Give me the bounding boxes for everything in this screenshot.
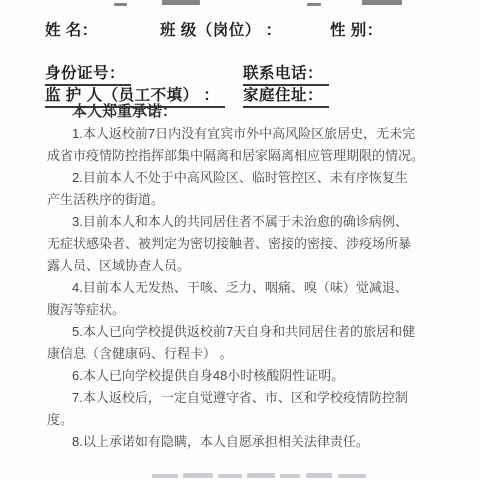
pledge-section: 本人郑重承诺： 1.本人返校前7日内没有宜宾市外中高风险区旅居史，无未完 成省市… xyxy=(47,101,477,453)
top-cutoff-fragment xyxy=(362,0,402,5)
pledge-heading: 本人郑重承诺： xyxy=(47,101,477,123)
bottom-cutoff-fragment xyxy=(152,474,178,478)
field-label-gender: 性 别： xyxy=(330,22,383,40)
bottom-cutoff-fragment xyxy=(183,473,213,478)
bottom-cutoff-fragment xyxy=(338,474,366,478)
pledge-item-8: 8.以上承诺如有隐瞒，本人自愿承担相关法律责任。 xyxy=(47,431,477,453)
top-cutoff-fragment xyxy=(307,3,321,6)
pledge-item-3: 3.目前本人和本人的共同居住者不属于未治愈的确诊病例、 无症状感染者、被判定为密… xyxy=(47,211,477,277)
bottom-cutoff-fragment xyxy=(247,473,275,478)
field-label-phone: 联系电话： xyxy=(243,65,329,86)
bottom-cutoff-fragment xyxy=(306,473,332,478)
field-label-id-number: 身份证号： xyxy=(45,65,131,86)
bottom-cutoff-fragment xyxy=(218,474,242,478)
bottom-cutoff-fragment xyxy=(280,474,300,478)
pledge-item-2: 2.目前本人不处于中高风险区、临时管控区、未有序恢复生 产生活秩序的街道。 xyxy=(47,167,477,211)
pledge-item-5: 5.本人已向学校提供返校前7天自身和共同居住者的旅居和健 康信息（含健康码、行程… xyxy=(47,321,477,365)
pledge-item-7: 7.本人返校后，一定自觉遵守省、市、区和学校疫情防控制 度。 xyxy=(47,387,477,431)
top-cutoff-fragment xyxy=(162,0,200,5)
pledge-item-4: 4.目前本人无发热、干咳、乏力、咽痛、嗅（味）觉减退、 腹泻等症状。 xyxy=(47,277,477,321)
top-cutoff-fragment xyxy=(114,3,127,6)
field-label-name: 姓 名： xyxy=(45,22,98,40)
field-label-class-position: 班 级（岗位） ： xyxy=(160,22,282,40)
commitment-form-document: 姓 名： 班 级（岗位） ： 性 别： 身份证号： 联系电话： 监 护 人（员工… xyxy=(0,0,480,480)
pledge-item-1: 1.本人返校前7日内没有宜宾市外中高风险区旅居史，无未完 成省市疫情防控指挥部集… xyxy=(47,123,477,167)
pledge-item-6: 6.本人已向学校提供自身48小时核酸阴性证明。 xyxy=(47,365,477,387)
